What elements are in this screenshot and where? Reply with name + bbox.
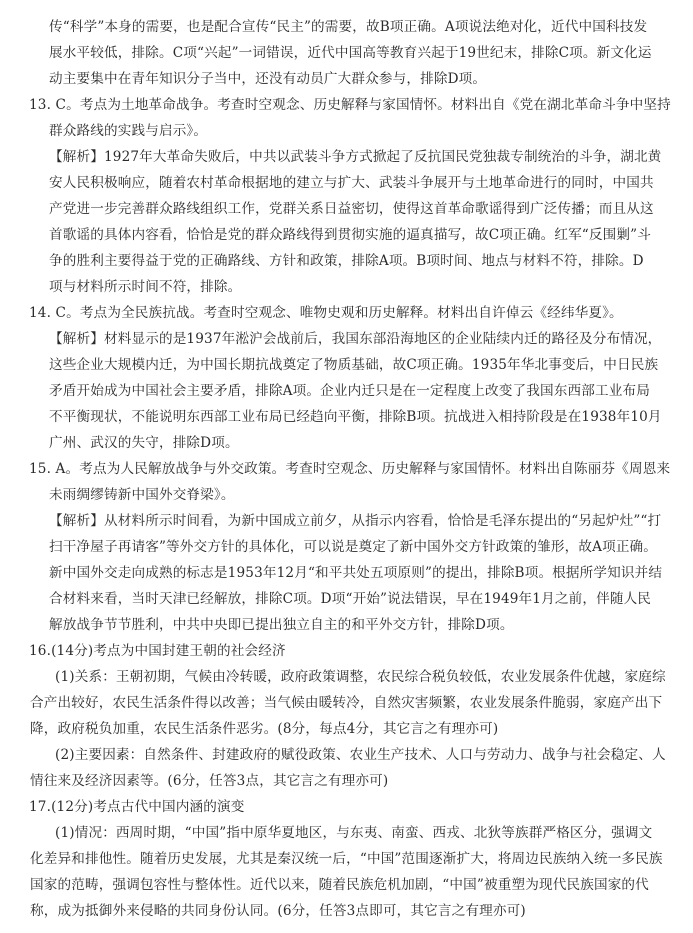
text-line: 争的胜利主要得益于党的正确路线、方针和政策，排除A项。B项时间、地点与材料不符，… <box>49 251 644 271</box>
text-line: 合材料来看，当时天津已经解放，排除C项。D项“开始”说法错误，早在1949年1月… <box>49 589 651 609</box>
text-line: 这些企业大规模内迁，为中国长期抗战奠定了物质基础，故C项正确。1935年华北事变… <box>49 355 658 375</box>
text-line: 展水平较低，排除。C项“兴起”一词错误，近代中国高等教育兴起于19世纪末，排除C… <box>49 43 652 63</box>
text-line: 首歌谣的具体内容看，恰恰是党的群众路线得到贯彻实施的逼真描写，故C项正确。红军“… <box>49 225 651 245</box>
text-line: 解放战争节节胜利，中共中央即已提出独立自主的和平外交方针，排除D项。 <box>49 615 514 635</box>
text-line: 动主要集中在青年知识分子当中，还没有动员广大群众参与，排除D项。 <box>49 69 486 89</box>
text-line: 国家的范畴，强调包容性与整体性。近代以来，随着民族危机加剧，“中国”被重塑为现代… <box>30 875 649 895</box>
text-line: 新中国外交走向成熟的标志是1953年12月“和平共处五项原则”的提出，排除B项。… <box>49 563 662 583</box>
text-line: 14. C。考点为全民族抗战。考查时空观念、唯物史观和历史解释。材料出自许倬云《… <box>29 303 623 323</box>
text-line: 广州、武汉的失守，排除D项。 <box>49 433 239 453</box>
text-line: 降，政府税负加重，农民生活条件恶劣。(8分，每点4分，其它言之有理亦可) <box>30 719 498 739</box>
text-line: 13. C。考点为土地革命战争。考查时空观念、历史解释与家国情怀。材料出自《党在… <box>29 95 671 115</box>
text-line: (1)情况：西周时期，“中国”指中原华夏地区，与东夷、南蛮、西戎、北狄等族群严格… <box>55 823 652 843</box>
text-line: 17.(12分)考点古代中国内涵的演变 <box>29 797 245 817</box>
text-line: 项与材料所示时间不符，排除。 <box>49 277 241 297</box>
text-line: 扫干净屋子再请客”等外交方针的具体化，可以说是奠定了新中国外交方针政策的雏形，故… <box>49 537 657 557</box>
text-line: 产党进一步完善群众路线组织工作，党群关系日益密切，使得这首革命歌谣得到广泛传播；… <box>49 199 654 219</box>
text-line: 不平衡现状，不能说明东西部工业布局已经趋向平衡，排除B项。抗战进入相持阶段是在1… <box>49 407 662 427</box>
text-line: 传“科学”本身的需要，也是配合宣传“民主”的需要，故B项正确。A项说法绝对化，近… <box>49 17 647 37</box>
text-line: 【解析】材料显示的是1937年淞沪会战前后，我国东部沿海地区的企业陆续内迁的路径… <box>49 329 661 349</box>
text-line: (2)主要因素：自然条件、封建政府的赋役政策、农业生产技术、人口与劳动力、战争与… <box>55 745 666 765</box>
text-line: 未雨绸缪铸新中国外交脊梁》。 <box>49 485 235 505</box>
text-line: 【解析】从材料所示时间看，为新中国成立前夕，从指示内容看，恰恰是毛泽东提出的“另… <box>49 511 661 531</box>
text-line: 情往来及经济因素等。(6分，任答3点，其它言之有理亦可) <box>30 771 388 791</box>
answer-key-page: 传“科学”本身的需要，也是配合宣传“民主”的需要，故B项正确。A项说法绝对化，近… <box>0 0 693 933</box>
text-line: 化差异和排他性。随着历史发展，尤其是秦汉统一后，“中国”范围逐渐扩大，将周边民族… <box>30 849 663 869</box>
text-line: 合产出较好，农民生活条件得以改善；当气候由暖转冷，自然灾害频繁，农业发展条件脆弱… <box>30 693 662 713</box>
text-line: 16.(14分)考点为中国封建王朝的社会经济 <box>29 641 286 661</box>
text-line: (1)关系：王朝初期，气候由冷转暖，政府政策调整，农民综合税负较低，农业发展条件… <box>55 667 666 687</box>
text-line: 称，成为抵御外来侵略的共同身份认同。(6分，任答3点即可，其它言之有理亦可) <box>30 901 526 921</box>
text-line: 矛盾开始成为中国社会主要矛盾，排除A项。企业内迁只是在一定程度上改变了我国东西部… <box>49 381 650 401</box>
text-line: 15. A。考点为人民解放战争与外交政策。考查时空观念、历史解释与家国情怀。材料… <box>29 459 670 479</box>
text-line: 群众路线的实践与启示》。 <box>49 121 207 141</box>
text-line: 安人民积极响应，随着农村革命根据地的建立与扩大、武装斗争展开与土地革命进行的同时… <box>49 173 654 193</box>
text-line: 【解析】1927年大革命失败后，中共以武装斗争方式掀起了反抗国民党独裁专制统治的… <box>49 147 661 167</box>
